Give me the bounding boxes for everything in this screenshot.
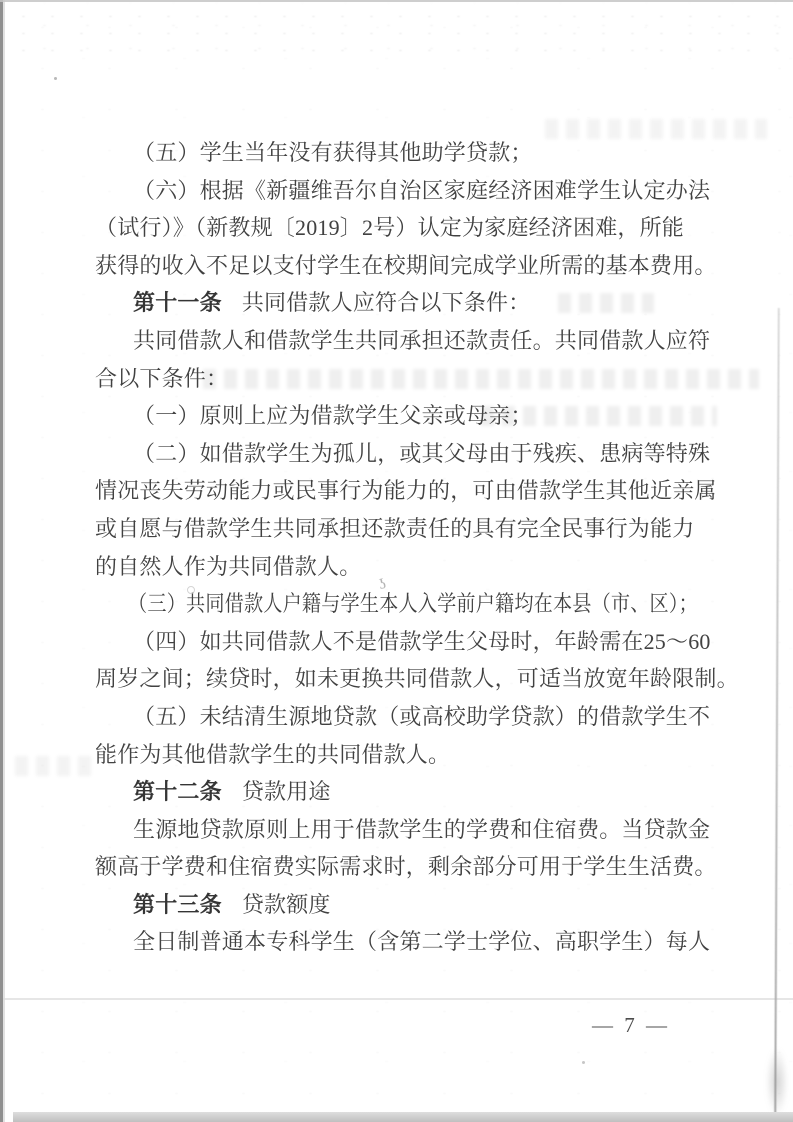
document-line: 合以下条件：: [95, 360, 722, 398]
document-line: （五）学生当年没有获得其他助学贷款；: [95, 134, 722, 172]
document-line: 获得的收入不足以支付学生在校期间完成学业所需的基本费用。: [95, 247, 722, 285]
article-number: 第十三条: [133, 892, 222, 917]
document-line: 的自然人作为共同借款人。: [95, 548, 722, 586]
page-curl-shadow: [774, 308, 780, 1116]
document-line: （二）如借款学生为孤儿，或其父母由于残疾、患病等特殊: [95, 435, 722, 473]
article-heading-text: 共同借款人应符合以下条件：: [242, 290, 531, 315]
scan-ring-mark: [187, 586, 195, 594]
scanned-document-page: （五）学生当年没有获得其他助学贷款； （六）根据《新疆维吾尔自治区家庭经济困难学…: [0, 0, 793, 1122]
page-number: — 7 —: [592, 1013, 670, 1038]
scan-speck: [582, 1061, 585, 1064]
document-line: 能作为其他借款学生的共同借款人。: [95, 736, 722, 774]
document-line: （四）如共同借款人不是借款学生父母时，年龄需在25～60: [95, 623, 722, 661]
scan-speck: [54, 77, 57, 80]
document-line: （试行）》（新教规〔2019〕2号）认定为家庭经济困难，所能: [95, 209, 722, 247]
document-line: （五）未结清生源地贷款（或高校助学贷款）的借款学生不: [95, 698, 722, 736]
article-heading-text: 贷款用途: [242, 779, 331, 804]
document-line: （六）根据《新疆维吾尔自治区家庭经济困难学生认定办法: [95, 172, 722, 210]
fold-line: [0, 998, 793, 1000]
article-heading: 第十一条共同借款人应符合以下条件：: [95, 284, 722, 322]
document-line: 情况丧失劳动能力或民事行为能力的，可由借款学生其他近亲属: [95, 472, 722, 510]
bleed-through-mark: [15, 756, 95, 776]
document-line: 全日制普通本专科学生（含第二学士学位、高职学生）每人: [95, 923, 722, 961]
article-heading-text: 贷款额度: [242, 892, 331, 917]
document-line: 额高于学费和住宿费实际需求时，剩余部分可用于学生生活费。: [95, 848, 722, 886]
scan-noise-top-band: [6, 3, 789, 53]
article-heading: 第十三条贷款额度: [95, 886, 722, 924]
document-line: （三）共同借款人户籍与学生本人入学前户籍均在本县（市、区）；: [95, 585, 640, 623]
document-line: 周岁之间；续贷时，如未更换共同借款人，可适当放宽年龄限制。: [95, 660, 722, 698]
page-curl-smudge: [766, 1048, 788, 1116]
document-line: 或自愿与借款学生共同承担还款责任的具有完全民事行为能力: [95, 510, 722, 548]
document-line: 生源地贷款原则上用于借款学生的学费和住宿费。当贷款金: [95, 811, 722, 849]
scan-edge-bottom: [13, 1112, 793, 1122]
article-heading: 第十二条贷款用途: [95, 773, 722, 811]
document-body: （五）学生当年没有获得其他助学贷款； （六）根据《新疆维吾尔自治区家庭经济困难学…: [95, 134, 722, 961]
article-number: 第十一条: [133, 290, 222, 315]
article-number: 第十二条: [133, 779, 222, 804]
document-line: （一）原则上应为借款学生父亲或母亲；: [95, 397, 722, 435]
scan-edge-top: [0, 0, 793, 2]
scan-edge-left-soft: [3, 0, 5, 1122]
document-line: 共同借款人和借款学生共同承担还款责任。共同借款人应符: [95, 322, 722, 360]
